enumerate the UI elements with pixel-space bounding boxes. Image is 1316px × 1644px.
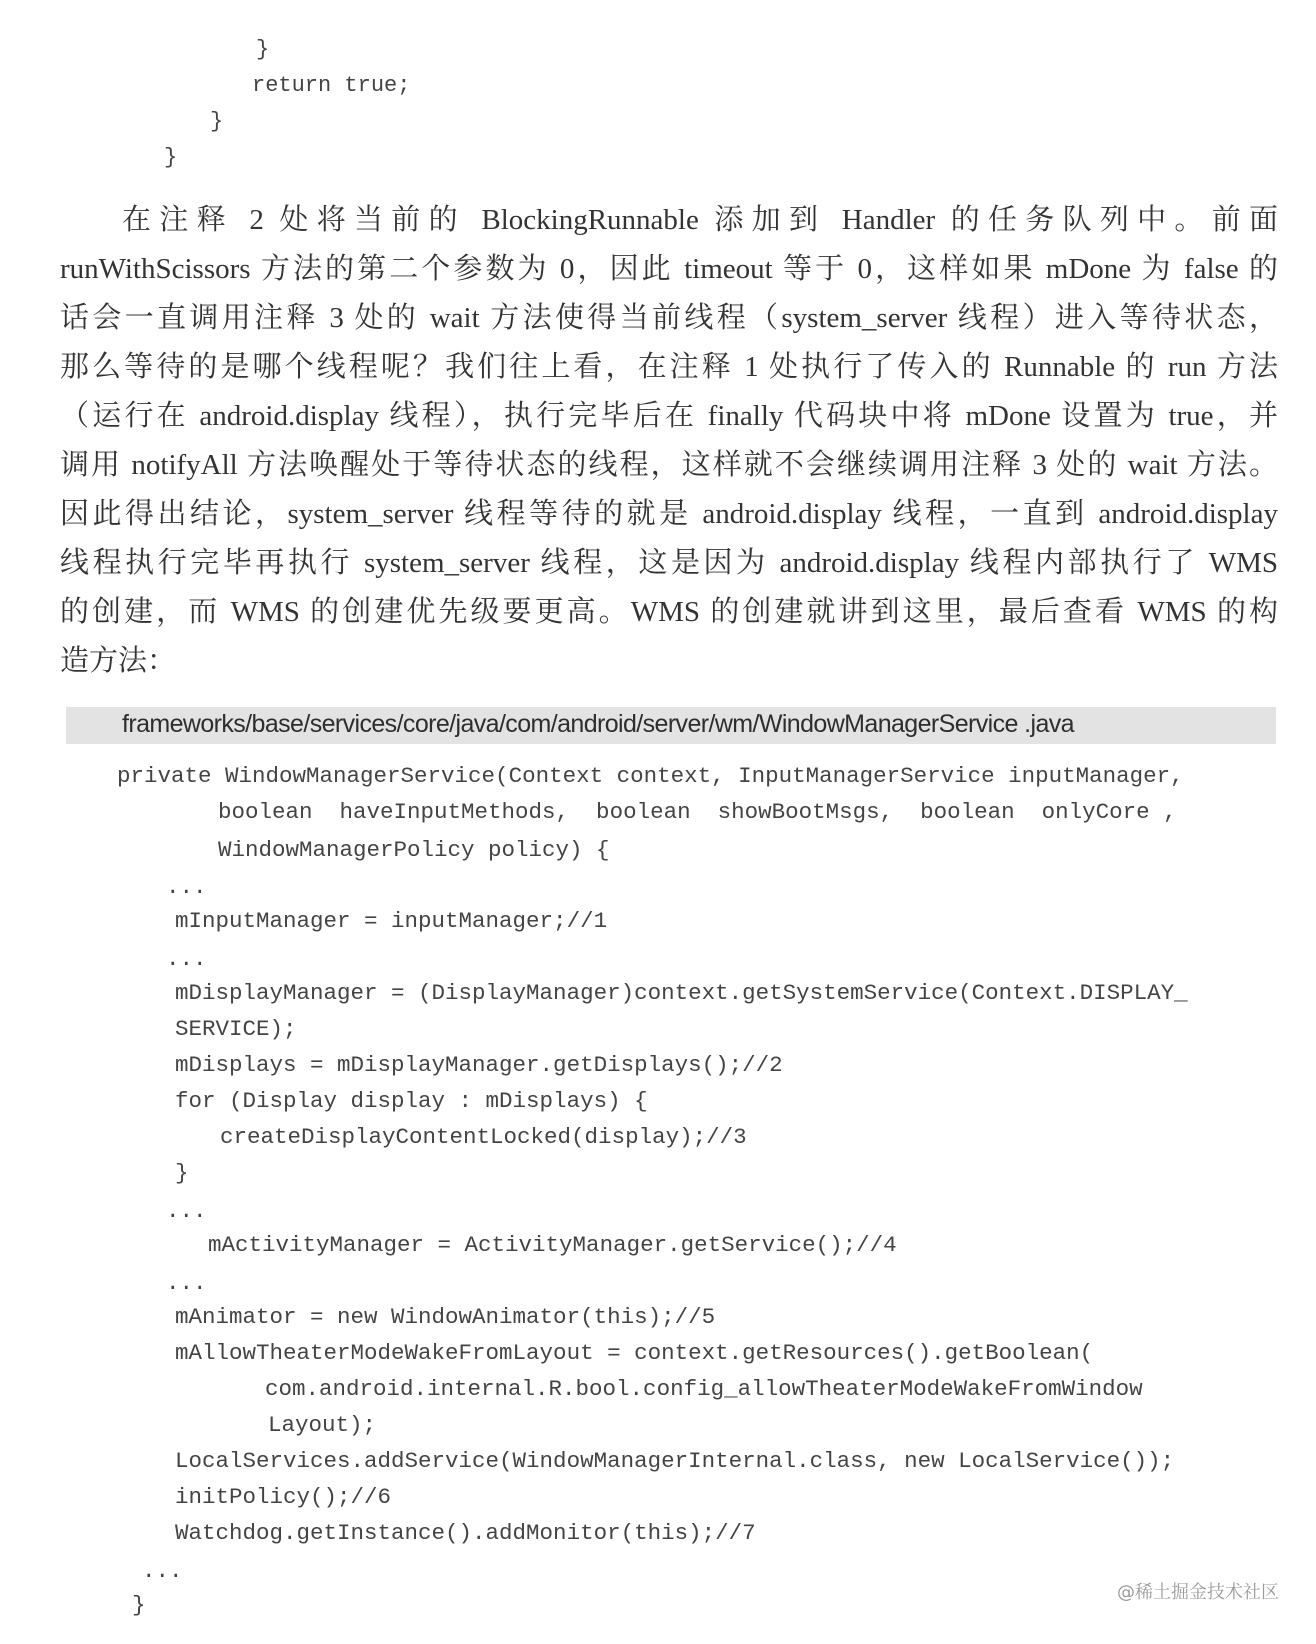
code-line: private WindowManagerService(Context con… <box>117 761 1184 791</box>
paragraph-line: （运行在 android.display 线程），执行完毕后在 finally … <box>60 392 1278 441</box>
paragraph-line: 的创建，而 WMS 的创建优先级要更高。WMS 的创建就讲到这里，最后查看 WM… <box>60 588 1278 637</box>
code-line: WindowManagerPolicy policy) { <box>218 835 610 865</box>
paragraph-line: 线程执行完毕再执行 system_server 线程，这是因为 android.… <box>60 539 1278 588</box>
code-line: return true; <box>252 68 410 104</box>
code-line: ... <box>166 872 207 902</box>
code-line: mDisplays = mDisplayManager.getDisplays(… <box>175 1050 783 1080</box>
code-line: } <box>256 32 269 68</box>
code-line: } <box>132 1590 146 1620</box>
code-line: } <box>210 104 223 140</box>
paragraph-line: 因此得出结论，system_server 线程等待的就是 android.dis… <box>60 490 1278 539</box>
book-page: } return true; } } 在注释 2 处将当前的 BlockingR… <box>0 0 1316 1644</box>
paragraph-line: runWithScissors 方法的第二个参数为 0，因此 timeout 等… <box>60 245 1278 294</box>
code-line: initPolicy();//6 <box>175 1482 391 1512</box>
code-line: Watchdog.getInstance().addMonitor(this);… <box>175 1518 756 1548</box>
source-file-header: frameworks/base/services/core/java/com/a… <box>66 707 1276 744</box>
paragraph-line: 话会一直调用注释 3 处的 wait 方法使得当前线程（system_serve… <box>60 294 1278 343</box>
code-line: } <box>164 140 177 176</box>
code-line: mAnimator = new WindowAnimator(this);//5 <box>175 1302 715 1332</box>
watermark: @稀土掘金技术社区 <box>1117 1578 1279 1604</box>
code-line: ... <box>166 1196 207 1226</box>
paragraph-line: 在注释 2 处将当前的 BlockingRunnable 添加到 Handler… <box>60 196 1278 245</box>
code-line: for (Display display : mDisplays) { <box>175 1086 648 1116</box>
paragraph-line: 造方法： <box>60 637 1278 686</box>
code-line: } <box>175 1158 189 1188</box>
code-line: LocalServices.addService(WindowManagerIn… <box>175 1446 1174 1476</box>
code-line: mInputManager = inputManager;//1 <box>175 906 607 936</box>
code-line: ... <box>166 944 207 974</box>
code-line: createDisplayContentLocked(display);//3 <box>220 1122 747 1152</box>
body-paragraph: 在注释 2 处将当前的 BlockingRunnable 添加到 Handler… <box>60 196 1278 686</box>
code-line: ... <box>166 1268 207 1298</box>
paragraph-line: 那么等待的是哪个线程呢？我们往上看，在注释 1 处执行了传入的 Runnable… <box>60 343 1278 392</box>
code-line: mActivityManager = ActivityManager.getSe… <box>208 1230 897 1260</box>
code-line: SERVICE); <box>175 1014 297 1044</box>
code-line: boolean haveInputMethods, boolean showBo… <box>218 797 1177 827</box>
paragraph-line: 调用 notifyAll 方法唤醒处于等待状态的线程，这样就不会继续调用注释 3… <box>60 441 1278 490</box>
source-file-path: frameworks/base/services/core/java/com/a… <box>122 710 1074 739</box>
code-line: com.android.internal.R.bool.config_allow… <box>265 1374 1143 1404</box>
code-line: ... <box>142 1556 183 1586</box>
code-line: mDisplayManager = (DisplayManager)contex… <box>175 978 1188 1008</box>
code-line: Layout); <box>268 1410 376 1440</box>
code-line: mAllowTheaterModeWakeFromLayout = contex… <box>175 1338 1093 1368</box>
